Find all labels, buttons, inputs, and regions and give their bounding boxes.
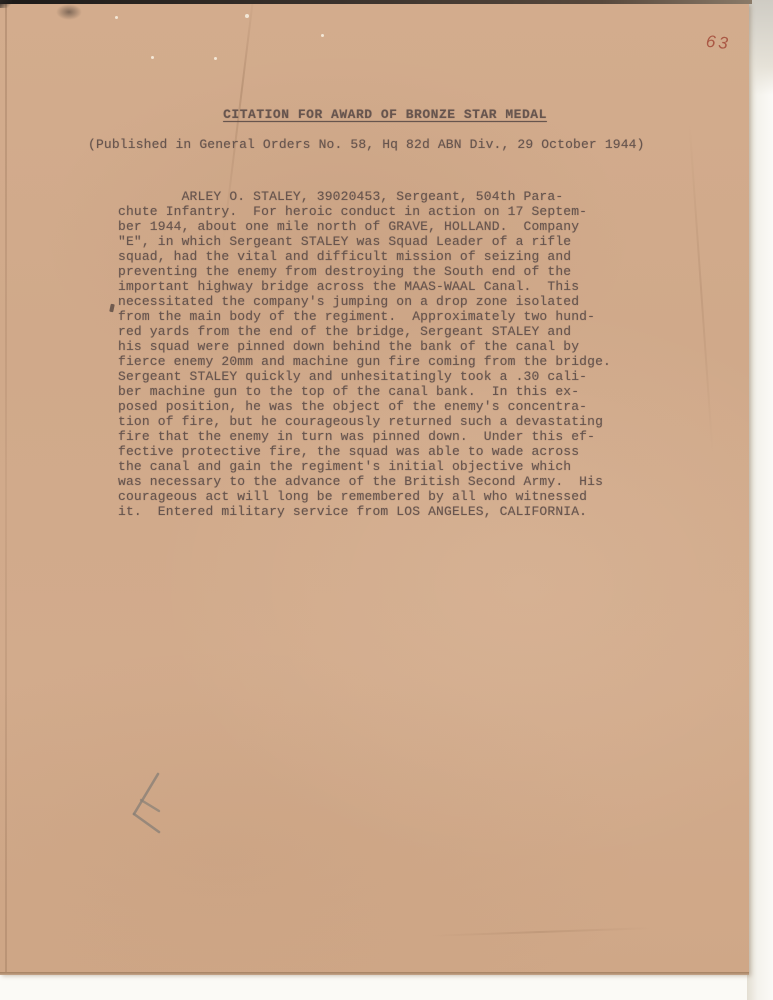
published-in-orders-line: (Published in General Orders No. 58, Hq … (88, 137, 645, 152)
citation-text-line: preventing the enemy from destroying the… (118, 264, 648, 279)
paper-speck (321, 34, 324, 37)
scan-top-shadow-strip (0, 0, 752, 4)
pencil-check-mark-icon (126, 770, 172, 840)
citation-text-line: it. Entered military service from LOS AN… (118, 504, 648, 519)
citation-text-line: fire that the enemy in turn was pinned d… (118, 429, 648, 444)
citation-text-line: the canal and gain the regiment's initia… (118, 459, 648, 474)
citation-text-line: ber 1944, about one mile north of GRAVE,… (118, 219, 648, 234)
citation-text-line: ARLEY O. STALEY, 39020453, Sergeant, 504… (118, 189, 648, 204)
handwritten-page-number: 63 (705, 32, 732, 54)
citation-text-line: tion of fire, but he courageously return… (118, 414, 648, 429)
citation-body-text: ARLEY O. STALEY, 39020453, Sergeant, 504… (118, 189, 648, 519)
citation-text-line: Sergeant STALEY quickly and unhesitating… (118, 369, 648, 384)
crease-line-left (5, 3, 7, 974)
citation-text-line: was necessary to the advance of the Brit… (118, 474, 648, 489)
scanned-document-page: CITATION FOR AWARD OF BRONZE STAR MEDAL … (0, 0, 773, 1000)
paper-speck (214, 57, 217, 60)
citation-text-line: fective protective fire, the squad was a… (118, 444, 648, 459)
citation-text-line: ber machine gun to the top of the canal … (118, 384, 648, 399)
citation-text-line: courageous act will long be remembered b… (118, 489, 648, 504)
citation-text-line: from the main body of the regiment. Appr… (118, 309, 648, 324)
crease-line-right (688, 123, 713, 452)
paper-speck (115, 16, 118, 19)
crease-line-bottom (430, 927, 650, 937)
citation-text-line: "E", in which Sergeant STALEY was Squad … (118, 234, 648, 249)
citation-text-line: posed position, he was the object of the… (118, 399, 648, 414)
paper-speck (245, 14, 249, 18)
scanner-background-right (747, 0, 773, 1000)
paper-speck (151, 56, 154, 59)
scanner-background-right-top (747, 0, 773, 95)
citation-text-line: important highway bridge across the MAAS… (118, 279, 648, 294)
citation-text-line: fierce enemy 20mm and machine gun fire c… (118, 354, 648, 369)
citation-text-line: chute Infantry. For heroic conduct in ac… (118, 204, 648, 219)
paper-bottom-edge (0, 972, 749, 975)
citation-text-line: his squad were pinned down behind the ba… (118, 339, 648, 354)
citation-text-line: squad, had the vital and difficult missi… (118, 249, 648, 264)
citation-text-line: red yards from the end of the bridge, Se… (118, 324, 648, 339)
citation-text-line: necessitated the company's jumping on a … (118, 294, 648, 309)
document-title: CITATION FOR AWARD OF BRONZE STAR MEDAL (223, 107, 547, 122)
